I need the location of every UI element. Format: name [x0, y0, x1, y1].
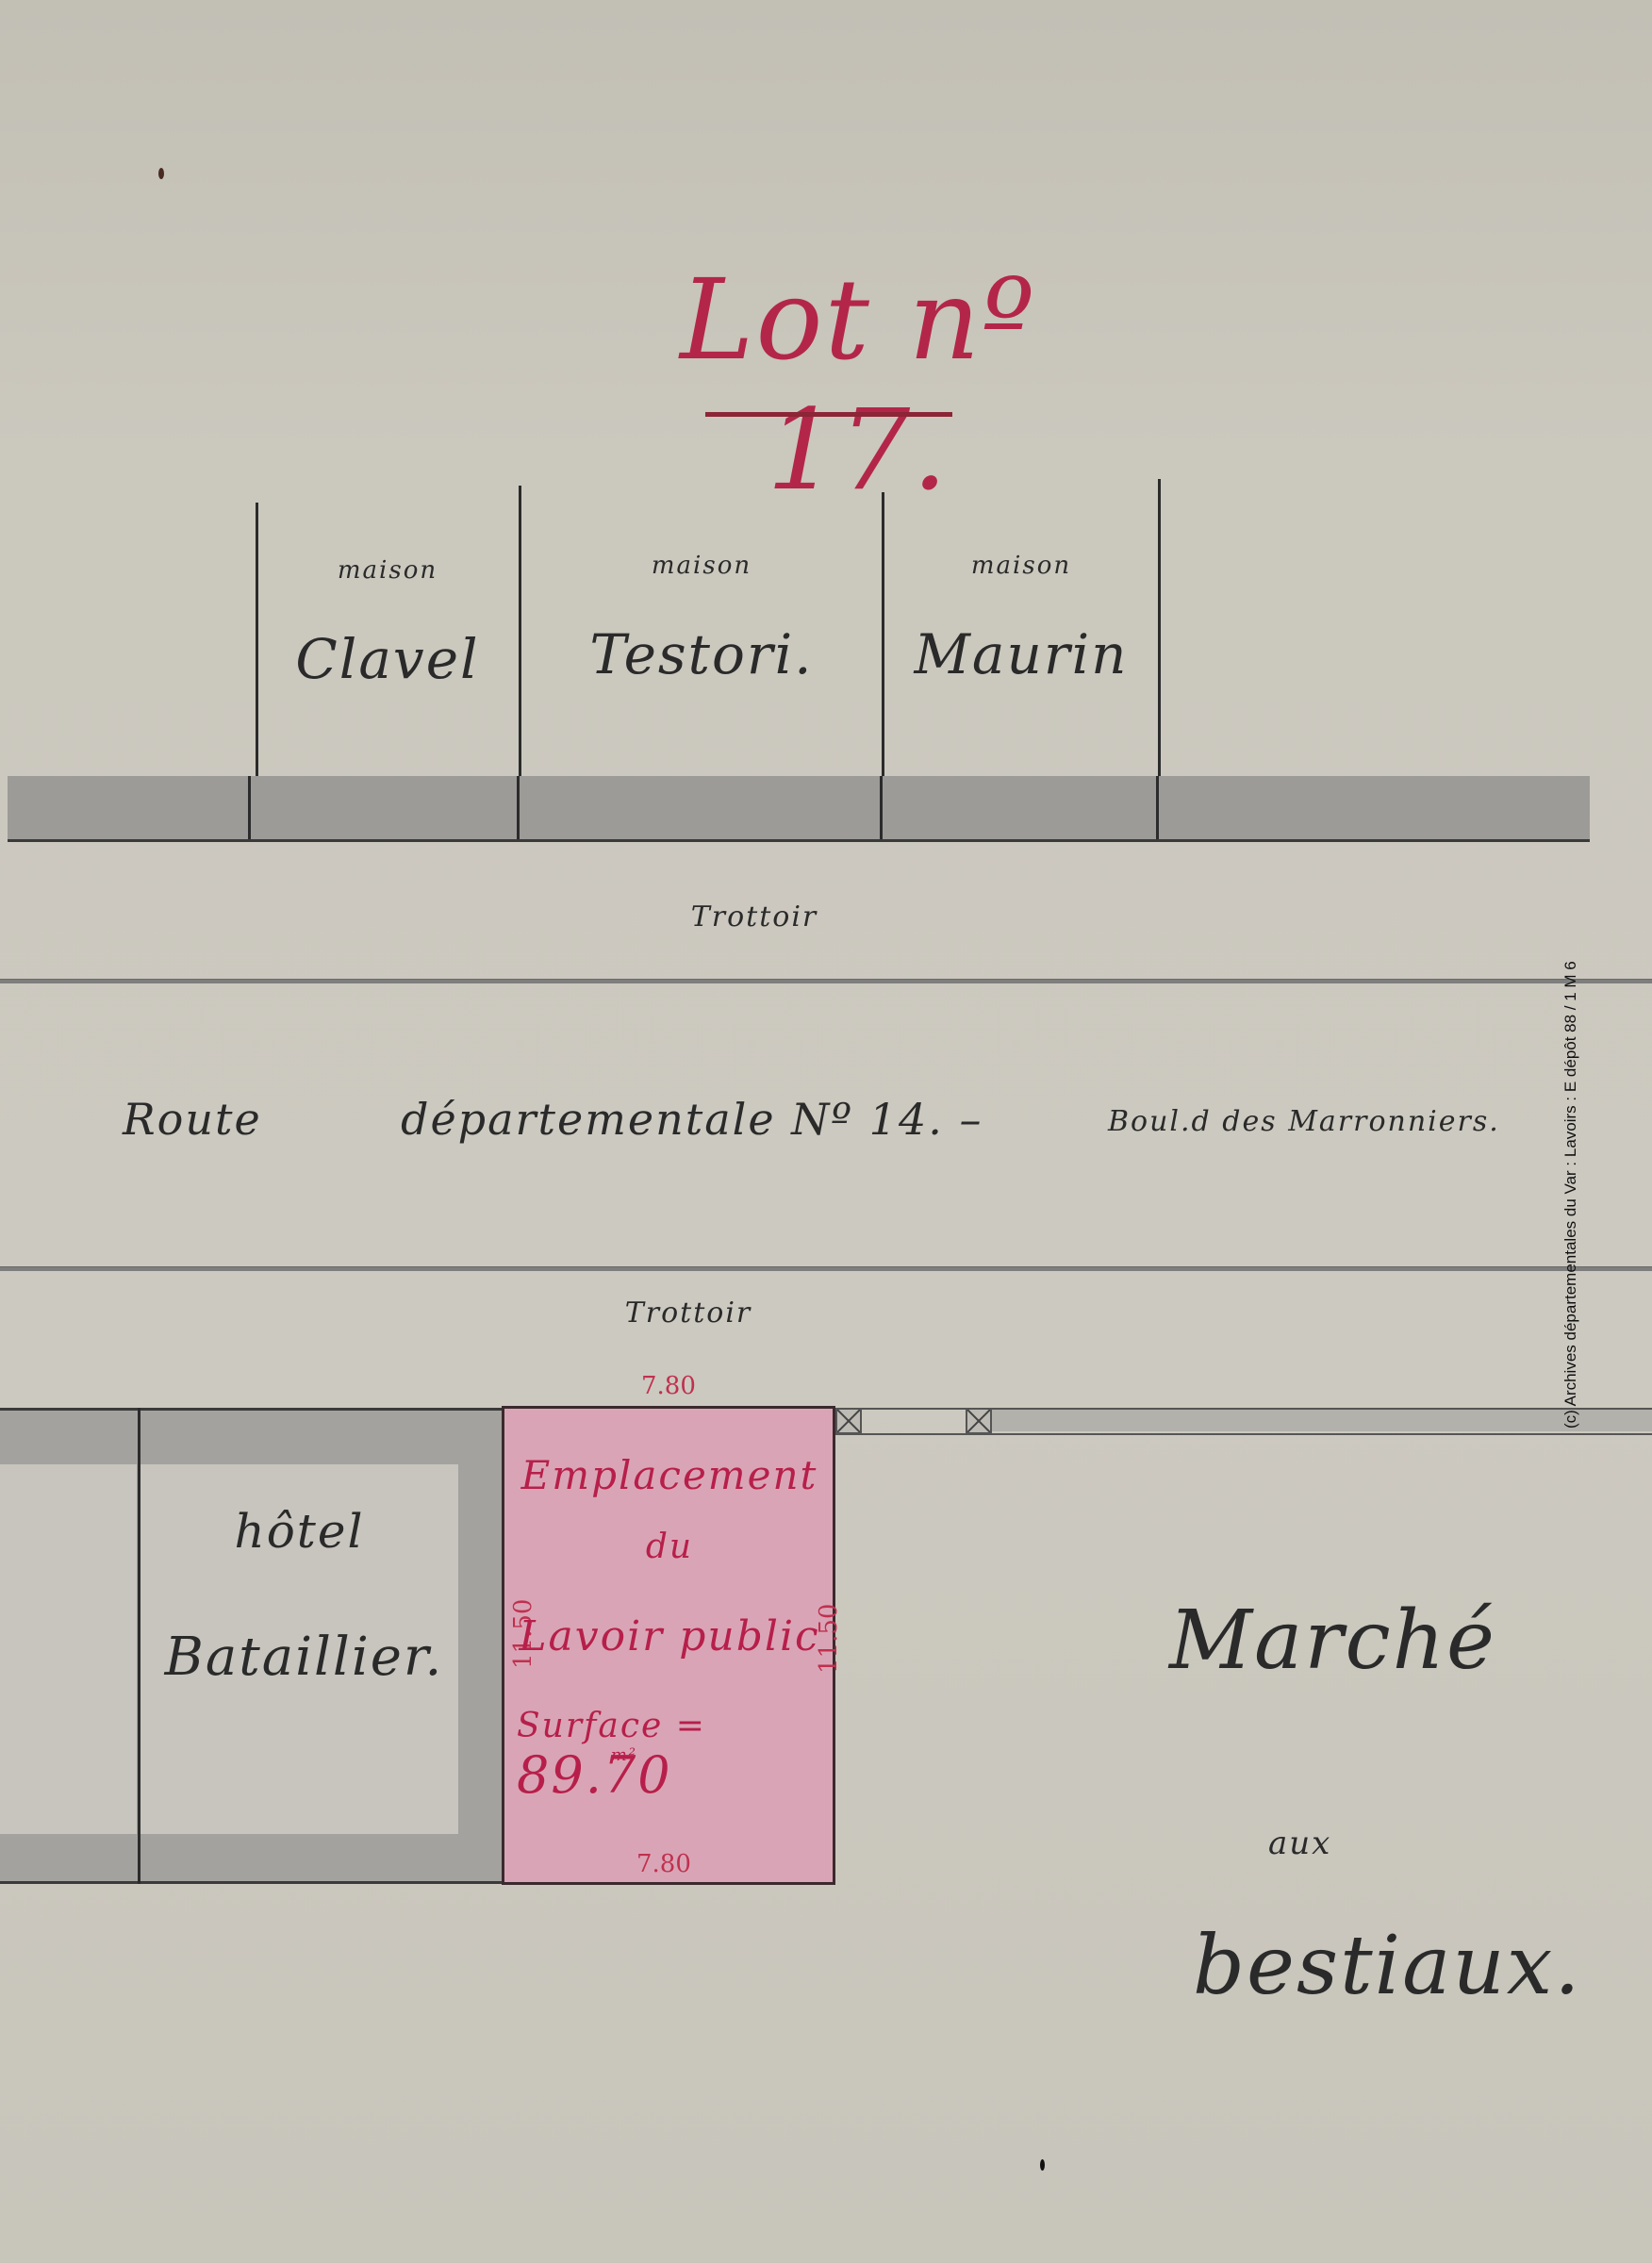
lavoir-line3: Lavoir public — [514, 1612, 825, 1660]
property-line — [880, 776, 883, 839]
property-line — [517, 776, 520, 839]
property-line — [248, 776, 251, 839]
surface-unit: m² — [611, 1745, 637, 1765]
pillar-marker-icon — [835, 1408, 862, 1434]
archive-watermark: (c) Archives départementales du Var : La… — [1561, 961, 1580, 1429]
lavoir-surface: Surface = 89.70 m² — [517, 1707, 828, 1805]
dimension-top: 7.80 — [641, 1372, 696, 1400]
market-label-line3: bestiaux. — [1193, 1919, 1582, 2013]
house-label: maison — [256, 556, 519, 585]
facade-band — [8, 776, 1590, 842]
courtyard-left — [0, 1464, 137, 1834]
lot-title: Lot nº 17. — [613, 255, 1103, 515]
house-label: maison — [521, 552, 882, 580]
market-label-line2: aux — [1268, 1825, 1331, 1862]
house-name-maurin: Maurin — [884, 622, 1158, 686]
wall-wash — [992, 1410, 1652, 1431]
ink-spot — [158, 168, 164, 179]
pillar-marker-icon — [966, 1408, 992, 1434]
ink-spot — [1040, 2159, 1045, 2171]
property-line — [1156, 776, 1159, 839]
road-edge-bottom — [0, 1266, 1652, 1271]
house-name-clavel: Clavel — [256, 627, 519, 691]
road-label-departementale: départementale Nº 14. – — [401, 1094, 983, 1145]
house-name-testori: Testori. — [521, 622, 882, 686]
lavoir-line1: Emplacement — [514, 1452, 825, 1498]
road-label-boulevard: Boul.d des Marronniers. — [1108, 1105, 1500, 1138]
market-label-line1: Marché — [1169, 1594, 1496, 1688]
sidewalk-label-bottom: Trottoir — [622, 1297, 754, 1330]
road-edge-top — [0, 979, 1652, 983]
title-underline — [705, 412, 952, 417]
surface-label: Surface = — [517, 1707, 706, 1745]
hotel-label-line2: Bataillier. — [141, 1627, 467, 1688]
dimension-bottom: 7.80 — [636, 1850, 691, 1878]
road-label-route: Route — [123, 1094, 262, 1145]
hotel-label-line1: hôtel — [141, 1504, 457, 1559]
surface-value: 89.70 — [517, 1745, 672, 1805]
lavoir-line2: du — [514, 1528, 825, 1566]
house-label: maison — [884, 552, 1158, 580]
sidewalk-label-top: Trottoir — [660, 900, 849, 933]
